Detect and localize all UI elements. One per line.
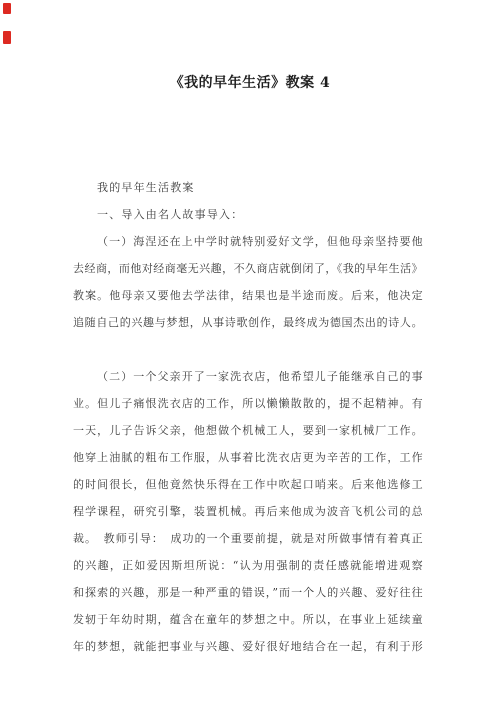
text-line: 程学课程，研究引擎，装置机械。再后来他成为波音飞机公司的总 [73,498,423,525]
document-page: 《我的早年生活》教案 4 我的早年生活教案一、导入由名人故事导入：（一）海涅还在… [0,0,500,708]
text-line: 一、导入由名人故事导入： [73,201,423,228]
blank-line [73,336,423,363]
text-line: 我的早年生活教案 [73,174,423,201]
text-line: 和探索的兴趣，那是一种严重的错误，”而一个人的兴趣、爱好往往 [73,579,423,606]
text-line: 的时间很长，但他竟然快乐得在工作中吹起口哨来。后来他选修工 [73,471,423,498]
text-line: 他穿上油腻的粗布工作服，从事着比洗衣店更为辛苦的工作，工作 [73,444,423,471]
text-line: 裁。 教师引导： 成功的一个重要前提，就是对所做事情有着真正 [73,525,423,552]
text-line: 发轫于年幼时期，蕴含在童年的梦想之中。所以，在事业上延续童 [73,606,423,633]
text-line: 去经商，而他对经商毫无兴趣，不久商店就倒闭了，《我的早年生活》 [73,255,423,282]
text-line: 一天，儿子告诉父亲，他想做个机械工人，要到一家机械厂工作。 [73,417,423,444]
document-title: 《我的早年生活》教案 4 [0,75,500,92]
text-line: 的兴趣，正如爱因斯坦所说：“认为用强制的责任感就能增进观察 [73,552,423,579]
text-line: （二）一个父亲开了一家洗衣店，他希望儿子能继承自己的事 [73,363,423,390]
text-line: 追随自己的兴趣与梦想，从事诗歌创作，最终成为德国杰出的诗人。 [73,309,423,336]
text-line: （一）海涅还在上中学时就特别爱好文学，但他母亲坚持要他 [73,228,423,255]
text-line: 业。但儿子痛恨洗衣店的工作，所以懒懒散散的，提不起精神。有 [73,390,423,417]
document-body: 我的早年生活教案一、导入由名人故事导入：（一）海涅还在上中学时就特别爱好文学，但… [73,174,423,660]
text-line: 年的梦想，就能把事业与兴趣、爱好很好地结合在一起，有利于形 [73,633,423,660]
red-stamp-mark-top [3,3,11,14]
text-line: 教案。他母亲又要他去学法律，结果也是半途而废。后来，他决定 [73,282,423,309]
red-stamp-mark-bottom [3,31,11,44]
